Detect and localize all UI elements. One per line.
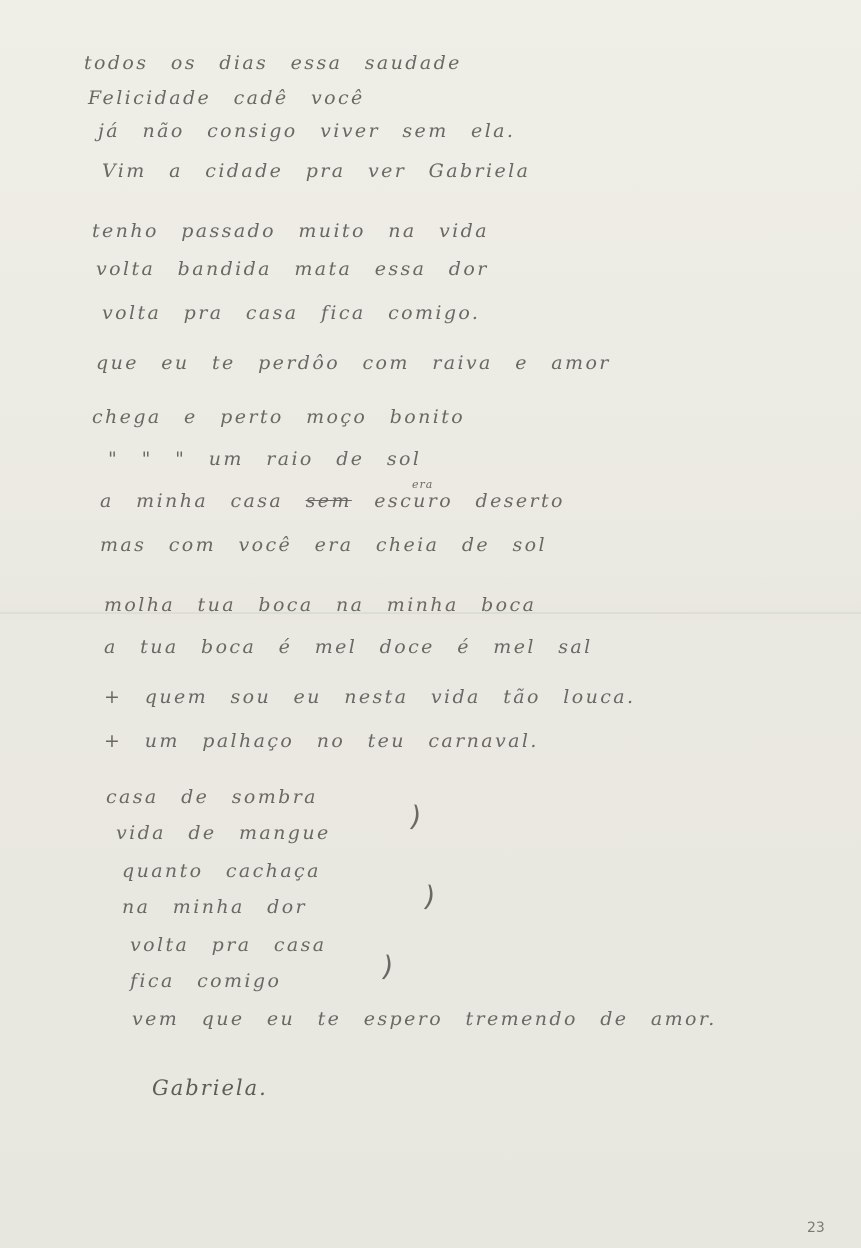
letter-line: chega e perto moço bonito (92, 406, 465, 428)
letter-line: Vim a cidade pra ver Gabriela (102, 160, 530, 182)
letter-line: Felicidade cadê você (88, 87, 365, 109)
bracket-mark: ) (379, 949, 396, 983)
letter-line: mas com você era cheia de sol (100, 534, 547, 556)
letter-line: na minha dor (122, 896, 307, 918)
inserted-word: era (412, 478, 433, 491)
letter-line: quanto cachaça (122, 860, 321, 882)
signature: Gabriela. (152, 1076, 268, 1100)
bracket-mark: ) (421, 879, 438, 913)
bracket-mark: ) (407, 799, 424, 833)
letter-line: já não consigo viver sem ela. (98, 120, 515, 142)
letter-line: volta bandida mata essa dor (96, 258, 489, 280)
letter-line: casa de sombra (106, 786, 318, 808)
letter-line: tenho passado muito na vida (92, 220, 489, 242)
letter-line: vida de mangue (116, 822, 331, 844)
letter-line: volta pra casa (130, 934, 327, 956)
letter-line: a tua boca é mel doce é mel sal (104, 636, 593, 658)
letter-line: volta pra casa fica comigo. (102, 302, 480, 324)
letter-line: + um palhaço no teu carnaval. (104, 730, 539, 752)
letter-line: a minha casa sem escuro deserto (100, 490, 565, 512)
struck-word: sem (306, 490, 352, 512)
letter-line: vem que eu te espero tremendo de amor. (132, 1008, 717, 1030)
letter-line: molha tua boca na minha boca (104, 594, 536, 616)
letter-page: todos os dias essa saudade Felicidade ca… (0, 0, 861, 1248)
letter-line-text: a minha casa (100, 490, 283, 512)
letter-line: " " " um raio de sol (108, 448, 421, 470)
page-number: 23 (807, 1220, 825, 1236)
letter-line: que eu te perdôo com raiva e amor (96, 352, 611, 374)
letter-line: + quem sou eu nesta vida tão louca. (104, 686, 635, 708)
letter-line: todos os dias essa saudade (84, 52, 462, 74)
letter-line: fica comigo (130, 970, 281, 992)
letter-line-text: escuro deserto (374, 490, 565, 512)
